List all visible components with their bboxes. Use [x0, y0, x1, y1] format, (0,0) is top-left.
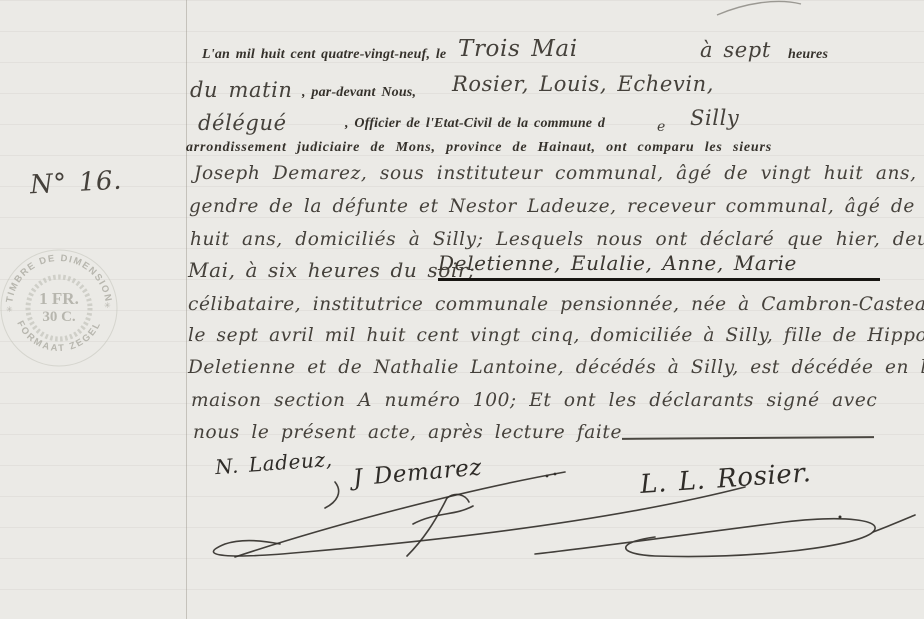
- line7-declaration: huit ans, domiciliés à Silly; Lesquels n…: [190, 229, 924, 250]
- line1-printed-opening: L'an mil huit cent quatre-vingt-neuf, le: [202, 47, 446, 63]
- line1-hand-hour: à sept: [700, 38, 771, 62]
- line4-printed: arrondissement judiciaire de Mons, provi…: [186, 140, 772, 156]
- stamp-value-line1: 1 FR.: [39, 289, 79, 308]
- line2-hand-officer-name: Rosier, Louis, Echevin,: [452, 72, 714, 96]
- signature-flourishes: [185, 462, 922, 580]
- line3-hand-title: délégué: [198, 111, 287, 135]
- stamp-value-line2: 30 C.: [42, 309, 76, 325]
- stamp-wreath: [28, 277, 90, 339]
- line2-printed: , par-devant Nous,: [302, 85, 416, 101]
- line13-closing: nous le présent acte, après lecture fait…: [193, 422, 622, 443]
- scanned-death-certificate: { "page": { "paper_color": "#ebeae6", "h…: [0, 0, 924, 619]
- line9-deceased-status: célibataire, institutrice communale pens…: [188, 294, 924, 315]
- stamp-left-rosette-icon: ✳: [6, 305, 13, 314]
- line12-death-place: maison section A numéro 100; Et ont les …: [191, 390, 877, 411]
- line11-parents: Deletienne et de Nathalie Lantoine, décé…: [188, 357, 924, 378]
- line3-printed: , Officier de l'Etat-Civil de la commune…: [345, 116, 605, 132]
- line1-printed-heures: heures: [788, 47, 828, 63]
- deceased-name: Deletienne, Eulalie, Anne, Marie: [438, 251, 880, 281]
- line5-declarant1: Joseph Demarez, sous instituteur communa…: [194, 163, 917, 184]
- previous-act-flourish: [715, 0, 805, 16]
- closing-rule: [622, 436, 874, 440]
- act-number: N° 16.: [29, 166, 122, 201]
- line3-printed-e: e: [657, 119, 666, 135]
- stamp-right-rosette-icon: ✳: [104, 301, 111, 310]
- line6-declarant2: gendre de la défunte et Nestor Ladeuze, …: [189, 196, 924, 217]
- line1-hand-date: Trois Mai: [458, 36, 578, 62]
- revenue-stamp: TIMBRE DE DIMENSION FORMAAT ZEGEL 1 FR. …: [0, 246, 121, 370]
- line8-death-time: Mai, à six heures du soir;: [188, 258, 475, 282]
- line10-birth-info: le sept avril mil huit cent vingt cinq, …: [188, 325, 924, 346]
- line2-hand-period: du matin: [190, 78, 293, 102]
- line3-hand-commune: Silly: [690, 106, 739, 130]
